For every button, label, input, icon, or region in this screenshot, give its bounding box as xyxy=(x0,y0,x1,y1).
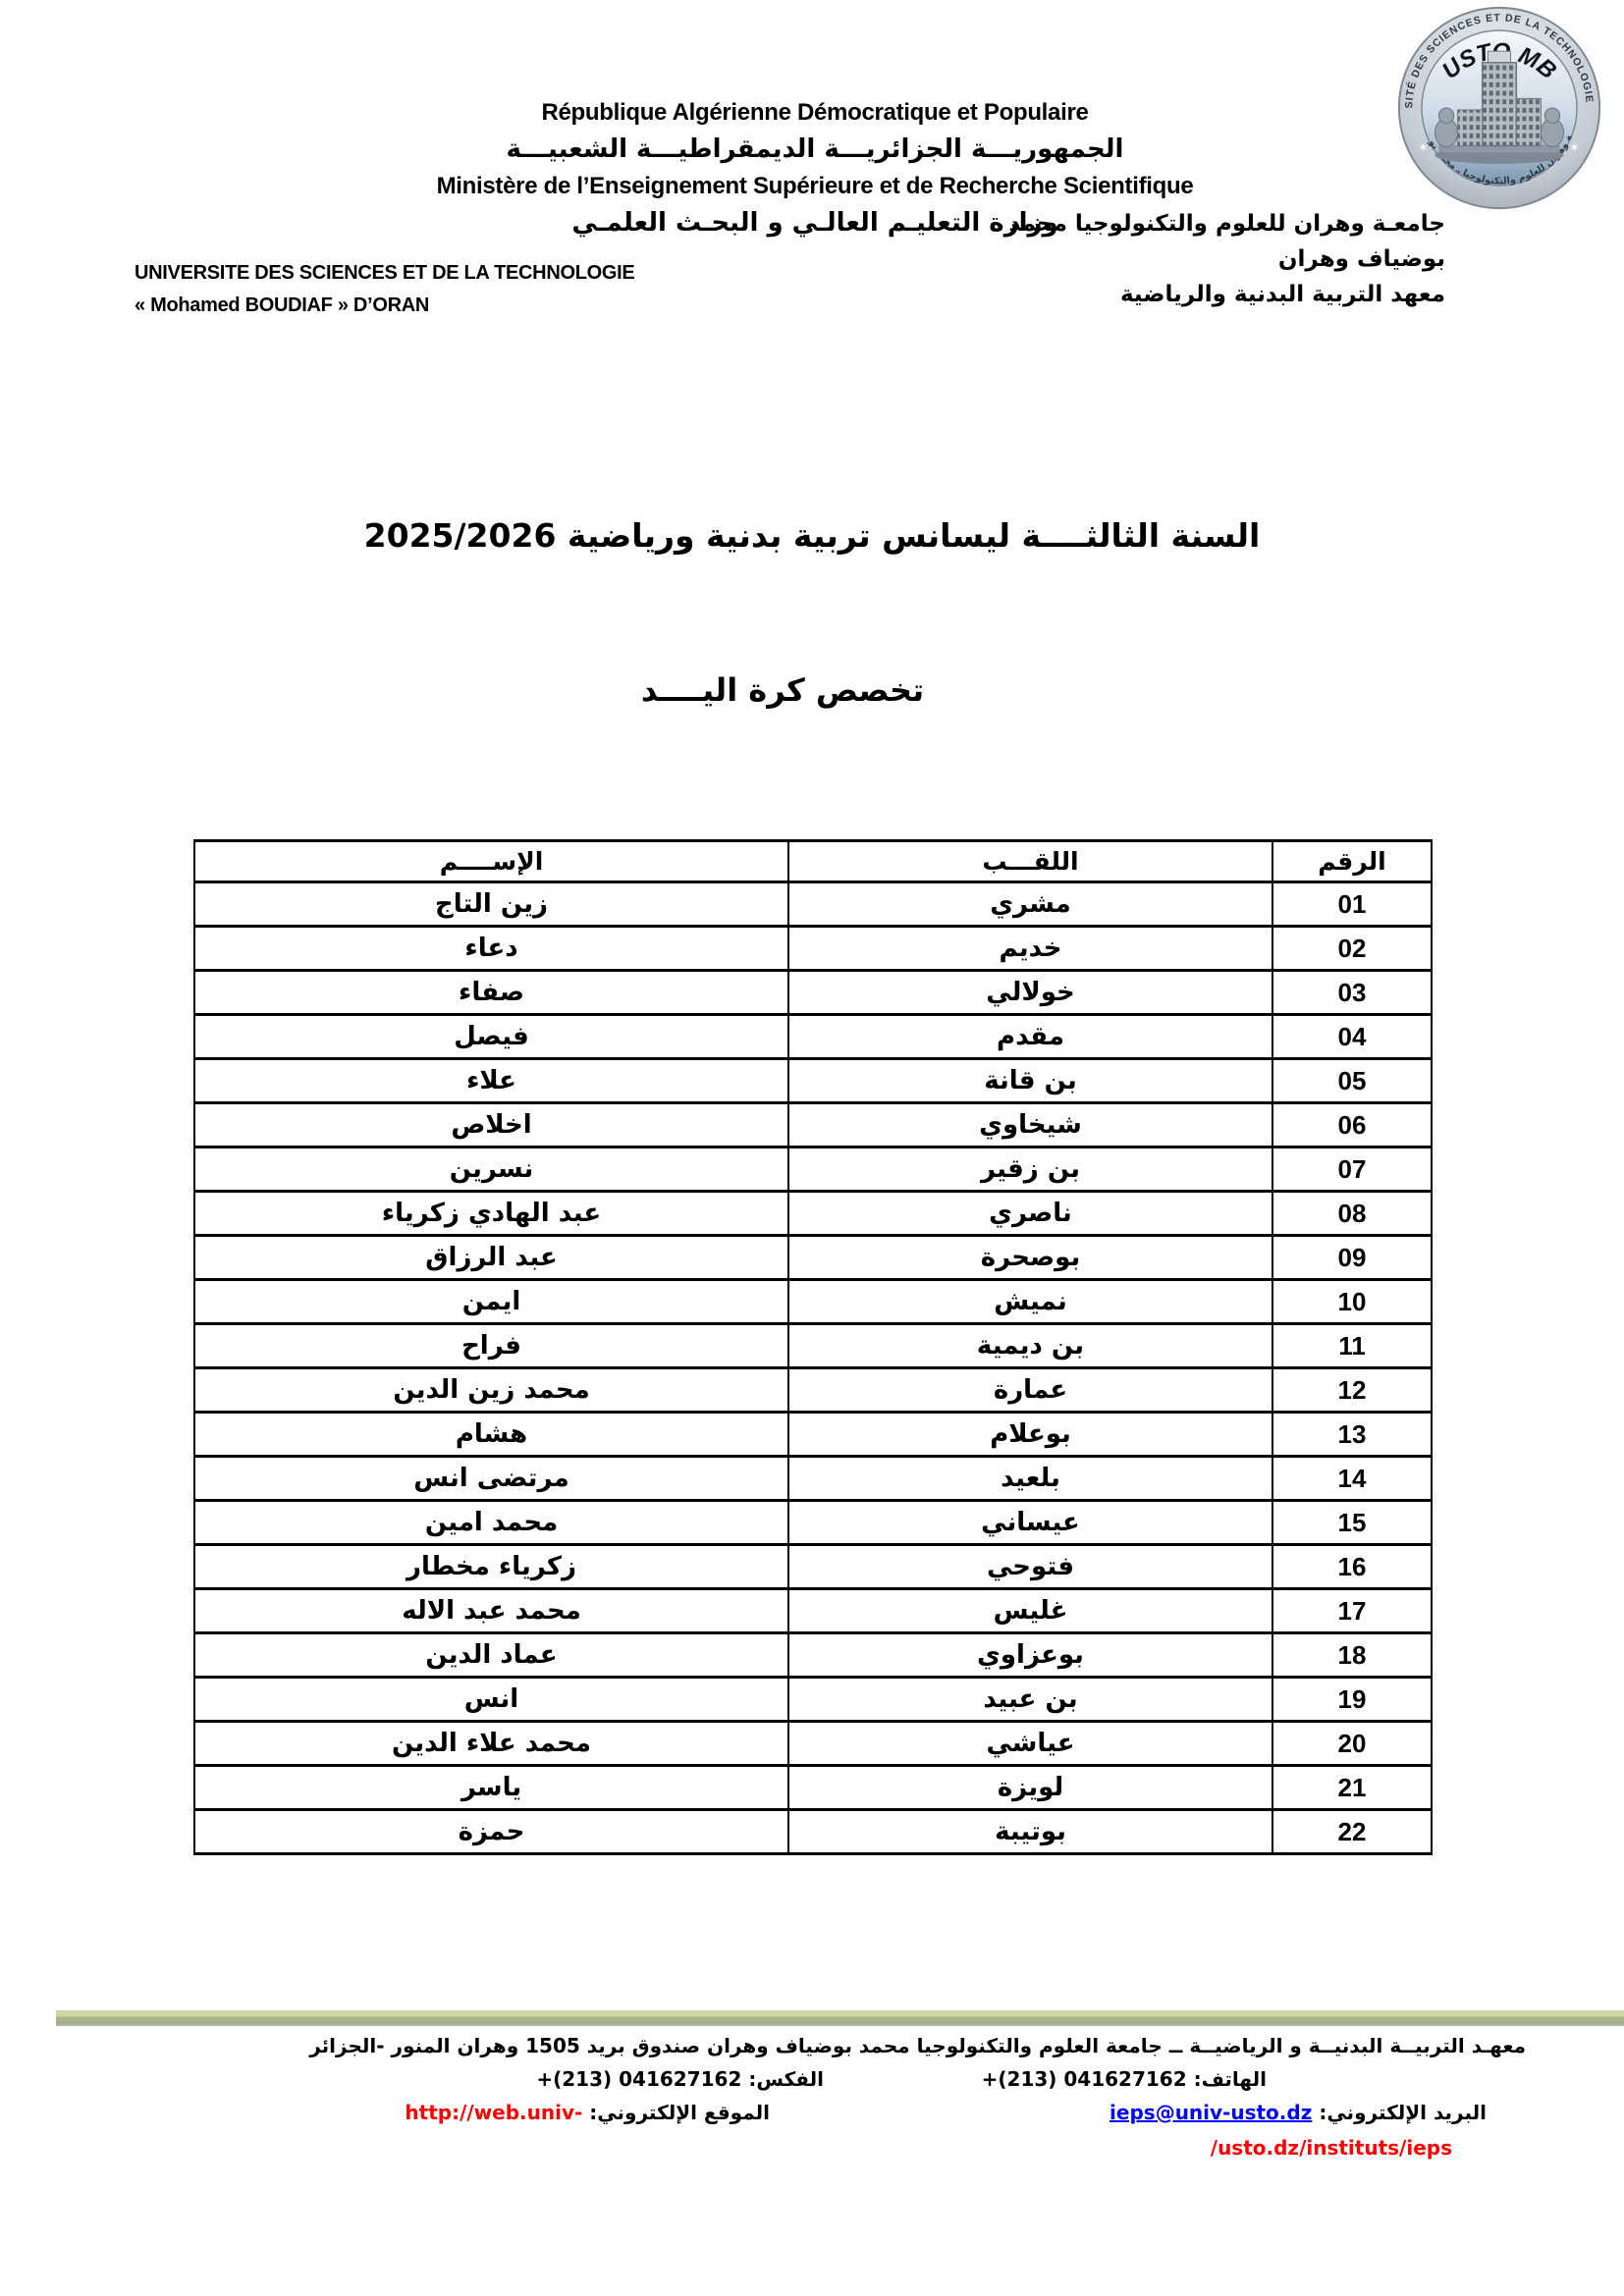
student-table-body: 01مشريزين التاج02خديمدعاء03خولاليصفاء04م… xyxy=(194,882,1432,1854)
student-number: 08 xyxy=(1272,1192,1432,1236)
footer-fax: الفكس: +(213) 041627162 xyxy=(536,2067,824,2091)
student-name: دعاء xyxy=(194,927,788,971)
website-link[interactable]: http://web.univ- xyxy=(405,2101,582,2124)
footer-address: معهـد التربيــة البدنيــة و الرياضيــة ـ… xyxy=(309,2034,1526,2057)
student-row: 12عمارةمحمد زين الدين xyxy=(194,1368,1432,1413)
student-name: فيصل xyxy=(194,1015,788,1059)
student-name: علاء xyxy=(194,1059,788,1103)
phone-value: +(213) 041627162 xyxy=(982,2067,1187,2091)
student-number: 17 xyxy=(1272,1589,1432,1633)
usto-logo: UNIVERSITÉ DES SCIENCES ET DE LA TECHNOL… xyxy=(1388,4,1610,212)
footer-divider-bar xyxy=(56,2010,1624,2026)
student-row: 13بوعلامهشام xyxy=(194,1413,1432,1457)
student-number: 06 xyxy=(1272,1103,1432,1148)
republic-line-ar: الجمهوريـــة الجزائريـــة الديمقراطيـــة… xyxy=(29,131,1600,168)
student-row: 17غليسمحمد عبد الاله xyxy=(194,1589,1432,1633)
university-name-fr-line2: « Mohamed BOUDIAF » D’ORAN xyxy=(135,290,634,322)
student-name: انس xyxy=(194,1678,788,1722)
student-surname: عيساني xyxy=(788,1501,1272,1545)
student-row: 11بن ديميةفراح xyxy=(194,1324,1432,1368)
student-name: عبد الهادي زكرياء xyxy=(194,1192,788,1236)
student-number: 18 xyxy=(1272,1633,1432,1678)
student-surname: شيخاوي xyxy=(788,1103,1272,1148)
student-name: حمزة xyxy=(194,1810,788,1854)
student-number: 19 xyxy=(1272,1678,1432,1722)
student-name: محمد امين xyxy=(194,1501,788,1545)
phone-label: الهاتف: xyxy=(1194,2067,1267,2091)
document-page: République Algérienne Démocratique et Po… xyxy=(0,0,1624,2296)
logo-seal: UNIVERSITÉ DES SCIENCES ET DE LA TECHNOL… xyxy=(1389,4,1599,208)
student-row: 22بوتيبةحمزة xyxy=(194,1810,1432,1854)
logo-star-right: ✶ xyxy=(1569,140,1580,154)
website-link-line2[interactable]: /usto.dz/instituts/ieps xyxy=(1211,2136,1452,2160)
student-row: 15عيسانيمحمد امين xyxy=(194,1501,1432,1545)
student-name: محمد زين الدين xyxy=(194,1368,788,1413)
student-row: 04مقدمفيصل xyxy=(194,1015,1432,1059)
student-number: 14 xyxy=(1272,1457,1432,1501)
student-number: 07 xyxy=(1272,1148,1432,1192)
footer-website: الموقع الإلكتروني: http://web.univ- xyxy=(405,2101,770,2124)
student-surname: بن زقير xyxy=(788,1148,1272,1192)
student-name: ياسر xyxy=(194,1766,788,1810)
student-name: زكرياء مخطار xyxy=(194,1545,788,1589)
student-surname: بن قانة xyxy=(788,1059,1272,1103)
student-surname: عياشي xyxy=(788,1722,1272,1766)
page-subtitle: تخصص كرة اليــــد xyxy=(0,671,1595,709)
student-name: صفاء xyxy=(194,971,788,1015)
footer-phone: الهاتف: +(213) 041627162 xyxy=(982,2067,1267,2091)
student-number: 16 xyxy=(1272,1545,1432,1589)
ministry-line-fr: Ministère de l’Enseignement Supérieure e… xyxy=(29,168,1600,204)
student-surname: بن ديمية xyxy=(788,1324,1272,1368)
student-number: 09 xyxy=(1272,1236,1432,1280)
email-link[interactable]: ieps@univ-usto.dz xyxy=(1110,2101,1312,2124)
student-row: 18بوعزاويعماد الدين xyxy=(194,1633,1432,1678)
student-row: 02خديمدعاء xyxy=(194,927,1432,971)
student-name: مرتضى انس xyxy=(194,1457,788,1501)
student-surname: بن عبيد xyxy=(788,1678,1272,1722)
student-number: 15 xyxy=(1272,1501,1432,1545)
student-number: 01 xyxy=(1272,882,1432,927)
fax-value: +(213) 041627162 xyxy=(536,2067,741,2091)
student-surname: ناصري xyxy=(788,1192,1272,1236)
student-name: عماد الدين xyxy=(194,1633,788,1678)
student-table: الرقم اللقـــب الإســــم 01مشريزين التاج… xyxy=(193,839,1433,1855)
student-name: اخلاص xyxy=(194,1103,788,1148)
student-row: 01مشريزين التاج xyxy=(194,882,1432,927)
student-number: 22 xyxy=(1272,1810,1432,1854)
student-number: 21 xyxy=(1272,1766,1432,1810)
student-number: 20 xyxy=(1272,1722,1432,1766)
student-name: هشام xyxy=(194,1413,788,1457)
student-name: محمد علاء الدين xyxy=(194,1722,788,1766)
student-surname: غليس xyxy=(788,1589,1272,1633)
column-header-number: الرقم xyxy=(1272,841,1432,882)
logo-star-left: ✶ xyxy=(1418,140,1429,154)
student-surname: عمارة xyxy=(788,1368,1272,1413)
student-name: عبد الرزاق xyxy=(194,1236,788,1280)
page-title: السنة الثالثــــة ليسانس تربية بدنية وري… xyxy=(0,516,1624,555)
student-surname: خديم xyxy=(788,927,1272,971)
institute-name-ar: معهد التربية البدنية والرياضية xyxy=(1008,277,1445,312)
republic-line-fr: République Algérienne Démocratique et Po… xyxy=(29,94,1600,131)
footer-email: البريد الإلكتروني: ieps@univ-usto.dz xyxy=(1110,2101,1487,2124)
student-number: 04 xyxy=(1272,1015,1432,1059)
university-name-ar-line1: جامعـة وهران للعلوم والتكنولوجيا محمد xyxy=(1008,206,1445,241)
student-surname: مشري xyxy=(788,882,1272,927)
student-number: 03 xyxy=(1272,971,1432,1015)
university-name-fr-line1: UNIVERSITE DES SCIENCES ET DE LA TECHNOL… xyxy=(135,257,634,290)
student-surname: فتوحي xyxy=(788,1545,1272,1589)
student-surname: خولالي xyxy=(788,971,1272,1015)
student-row: 07بن زقيرنسرين xyxy=(194,1148,1432,1192)
student-row: 08ناصريعبد الهادي زكرياء xyxy=(194,1192,1432,1236)
fax-label: الفكس: xyxy=(748,2067,824,2091)
student-row: 14بلعيدمرتضى انس xyxy=(194,1457,1432,1501)
university-name-ar-line2: بوضياف وهران xyxy=(1008,241,1445,277)
student-surname: نميش xyxy=(788,1280,1272,1324)
student-surname: بوعزاوي xyxy=(788,1633,1272,1678)
student-row: 06شيخاوياخلاص xyxy=(194,1103,1432,1148)
student-surname: بوتيبة xyxy=(788,1810,1272,1854)
student-row: 05بن قانةعلاء xyxy=(194,1059,1432,1103)
website-label: الموقع الإلكتروني: xyxy=(589,2101,770,2124)
student-number: 12 xyxy=(1272,1368,1432,1413)
student-surname: بلعيد xyxy=(788,1457,1272,1501)
student-surname: مقدم xyxy=(788,1015,1272,1059)
university-name-ar: جامعـة وهران للعلوم والتكنولوجيا محمد بو… xyxy=(1008,206,1445,312)
student-name: محمد عبد الاله xyxy=(194,1589,788,1633)
student-number: 02 xyxy=(1272,927,1432,971)
student-number: 10 xyxy=(1272,1280,1432,1324)
student-row: 09بوصحرةعبد الرزاق xyxy=(194,1236,1432,1280)
student-name: نسرين xyxy=(194,1148,788,1192)
footer-website-line2: /usto.dz/instituts/ieps xyxy=(1211,2136,1452,2160)
email-label: البريد الإلكتروني: xyxy=(1319,2101,1487,2124)
student-row: 21لويزةياسر xyxy=(194,1766,1432,1810)
student-table-header-row: الرقم اللقـــب الإســــم xyxy=(194,841,1432,882)
student-row: 20عياشيمحمد علاء الدين xyxy=(194,1722,1432,1766)
student-row: 19بن عبيدانس xyxy=(194,1678,1432,1722)
column-header-surname: اللقـــب xyxy=(788,841,1272,882)
student-surname: لويزة xyxy=(788,1766,1272,1810)
student-row: 16فتوحيزكرياء مخطار xyxy=(194,1545,1432,1589)
student-name: ايمن xyxy=(194,1280,788,1324)
student-surname: بوصحرة xyxy=(788,1236,1272,1280)
student-number: 13 xyxy=(1272,1413,1432,1457)
student-row: 10نميشايمن xyxy=(194,1280,1432,1324)
column-header-name: الإســــم xyxy=(194,841,788,882)
student-name: زين التاج xyxy=(194,882,788,927)
student-surname: بوعلام xyxy=(788,1413,1272,1457)
student-name: فراح xyxy=(194,1324,788,1368)
student-row: 03خولاليصفاء xyxy=(194,971,1432,1015)
student-number: 05 xyxy=(1272,1059,1432,1103)
student-number: 11 xyxy=(1272,1324,1432,1368)
university-name-fr: UNIVERSITE DES SCIENCES ET DE LA TECHNOL… xyxy=(135,257,634,322)
